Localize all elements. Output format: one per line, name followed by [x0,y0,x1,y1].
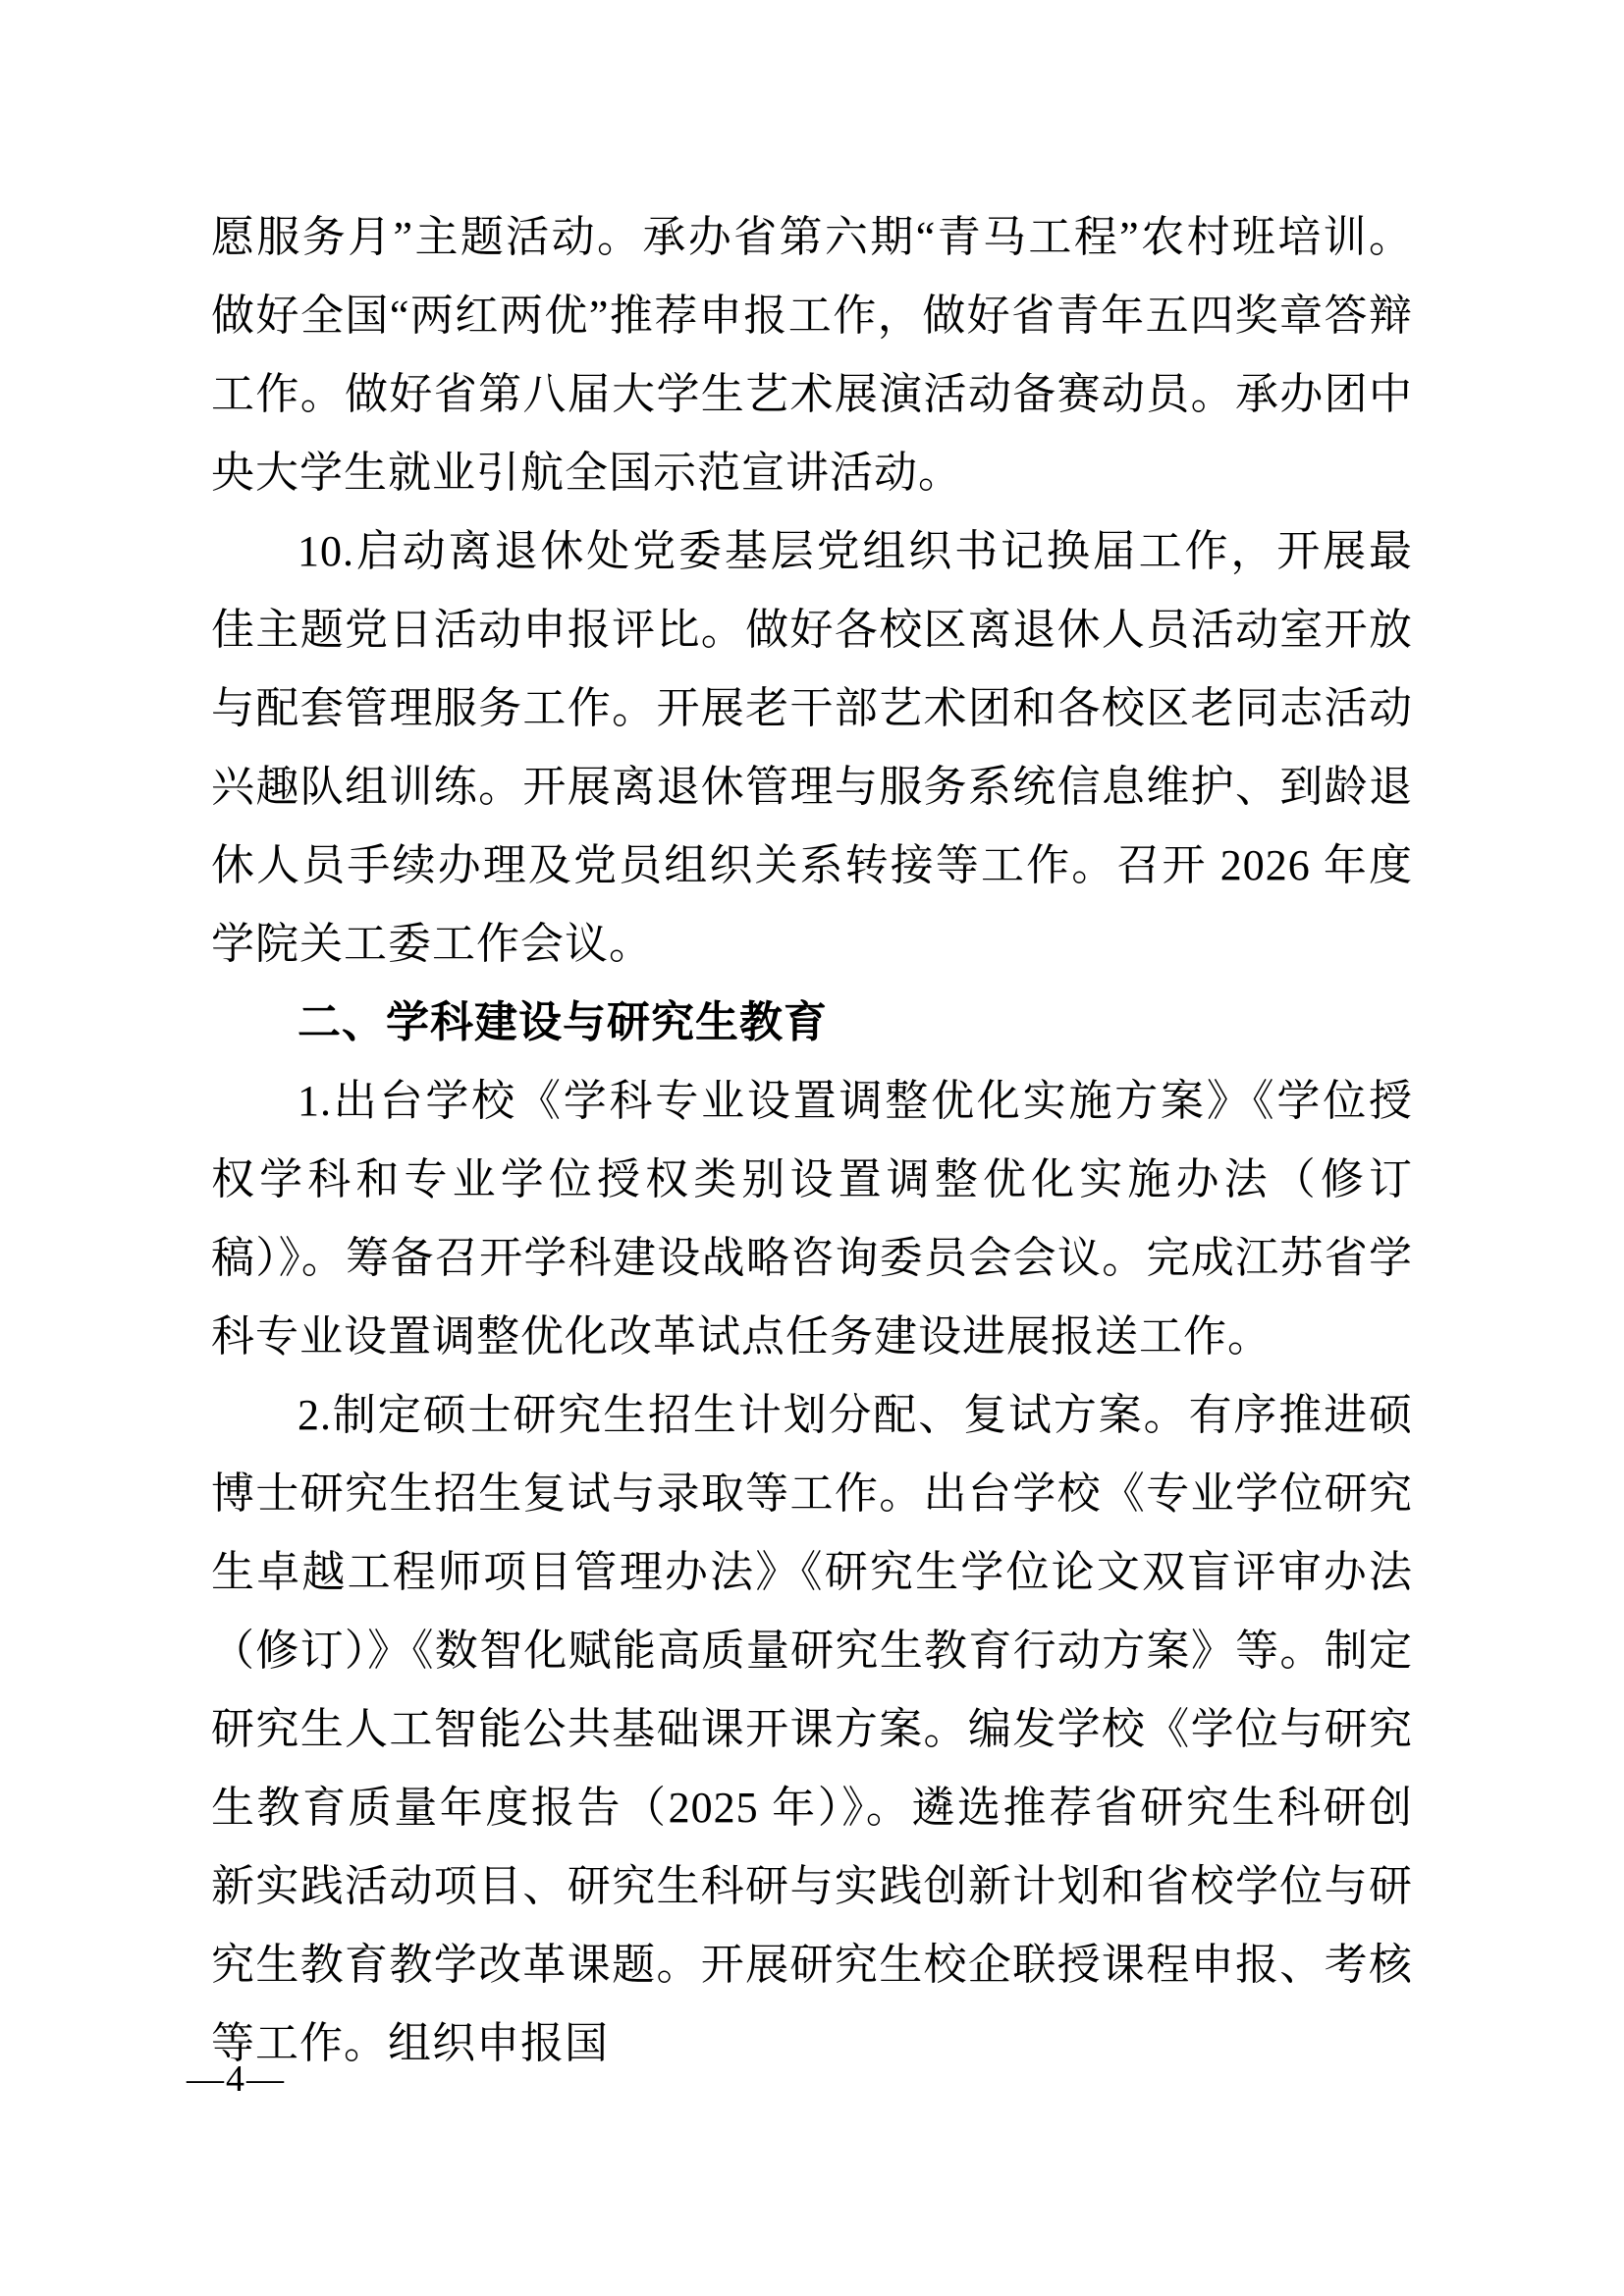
paragraph-item-10: 10.启动离退休处党委基层党组织书记换届工作，开展最佳主题党日活动申报评比。做好… [211,512,1413,984]
paragraph-item-1: 1.出台学校《学科专业设置调整优化实施方案》《学位授权学科和专业学位授权类别设置… [211,1062,1413,1376]
page-number: —4— [187,2057,286,2101]
document-page: 愿服务月”主题活动。承办省第六期“青马工程”农村班培训。做好全国“两红两优”推荐… [0,0,1624,2296]
paragraph-continuation: 愿服务月”主题活动。承办省第六期“青马工程”农村班培训。做好全国“两红两优”推荐… [211,198,1413,512]
section-heading-discipline-graduate-education: 二、学科建设与研究生教育 [211,984,1413,1062]
paragraph-item-2: 2.制定硕士研究生招生计划分配、复试方案。有序推进硕博士研究生招生复试与录取等工… [211,1376,1413,2083]
document-body: 愿服务月”主题活动。承办省第六期“青马工程”农村班培训。做好全国“两红两优”推荐… [211,198,1413,2083]
